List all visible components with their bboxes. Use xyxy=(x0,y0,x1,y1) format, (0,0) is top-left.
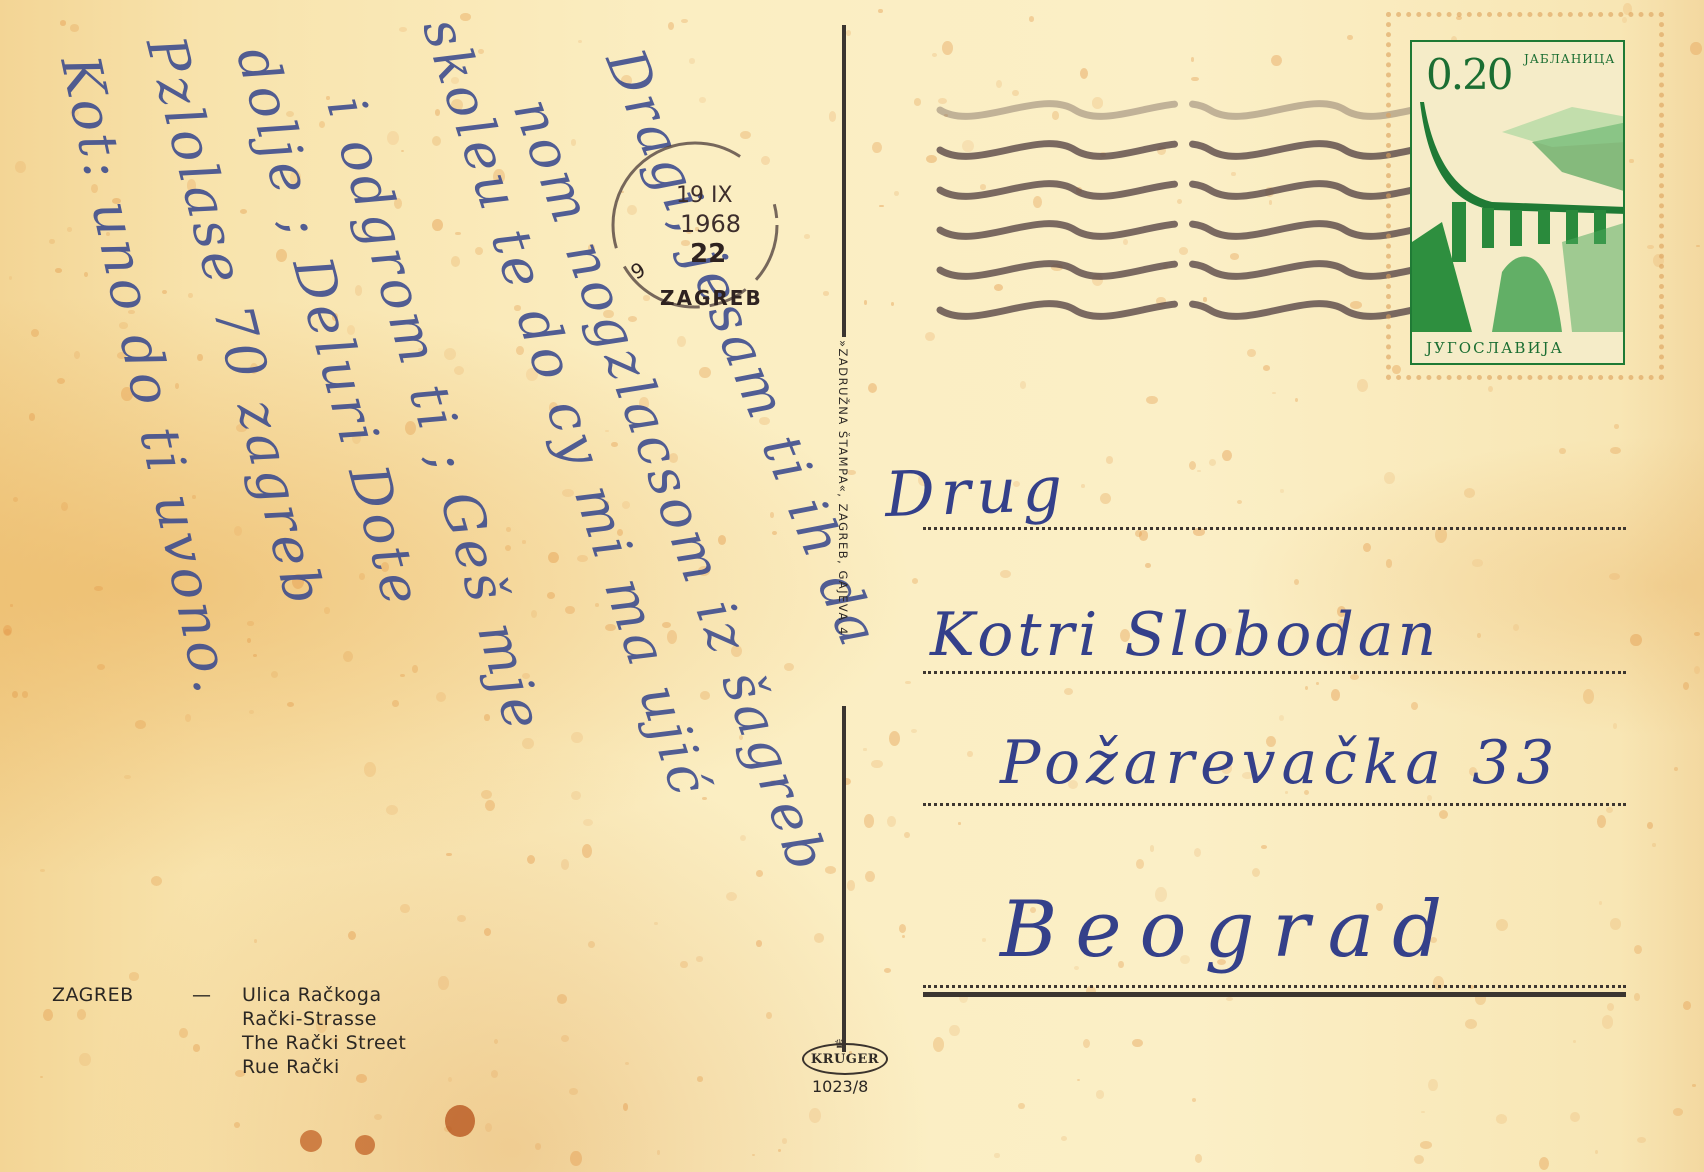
address-underline xyxy=(923,992,1626,997)
stain xyxy=(355,1135,375,1155)
address-line-1 xyxy=(923,527,1626,530)
divider-line-top xyxy=(842,25,846,337)
address-recipient: Kotri Slobodan xyxy=(930,600,1440,670)
stamp-place: ЈАБЛАНИЦА xyxy=(1524,52,1615,66)
stamp-country: ЈУГОСЛАВИЈА xyxy=(1426,339,1564,357)
postmark-time: 22 xyxy=(690,239,726,269)
divider-line-bottom xyxy=(842,706,846,1052)
catalog-number: 1023/8 xyxy=(812,1077,868,1096)
caption-place: ZAGREB xyxy=(52,983,192,1007)
address-line-3 xyxy=(923,803,1626,806)
caption-line: The Rački Street xyxy=(242,1031,406,1055)
publisher-credit: »ZADRUŽNA ŠTAMPA«, ZAGREB, GAJEVA 4 xyxy=(836,340,850,636)
address-line-4 xyxy=(923,985,1626,988)
postage-stamp: 0.20 ЈАБЛАНИЦА ЈУГОСЛАВИЈА xyxy=(1410,40,1625,365)
stain xyxy=(445,1105,475,1137)
caption-dash: — xyxy=(192,983,242,1007)
address-line-2 xyxy=(923,671,1626,674)
stamp-value: 0.20 xyxy=(1426,50,1512,99)
address-city: Beograd xyxy=(1000,885,1460,975)
printer-logo: KRUGER xyxy=(802,1043,888,1075)
caption-line: Rue Rački xyxy=(242,1055,340,1079)
postcard-back: Dragi, jesam ti ih da nom nogzlacsom iz … xyxy=(0,0,1704,1172)
picture-caption: ZAGREB — Ulica Račkoga Rački-Strasse The… xyxy=(52,983,406,1079)
postmark-city: ZAGREB xyxy=(660,286,763,310)
dam-bridge-illustration xyxy=(1412,102,1625,332)
stain xyxy=(300,1130,322,1152)
postmark: 19 IX 1968 22 9 ZAGREB xyxy=(600,130,790,320)
address-salutation: Drug xyxy=(884,452,1069,531)
address-street: Požarevačka 33 xyxy=(1000,728,1560,798)
caption-line: Rački-Strasse xyxy=(242,1007,377,1031)
postmark-date-year: 1968 xyxy=(680,210,741,238)
caption-line: Ulica Račkoga xyxy=(242,983,382,1007)
postmark-office: 9 xyxy=(627,257,650,284)
postmark-date-day: 19 IX xyxy=(676,183,733,208)
